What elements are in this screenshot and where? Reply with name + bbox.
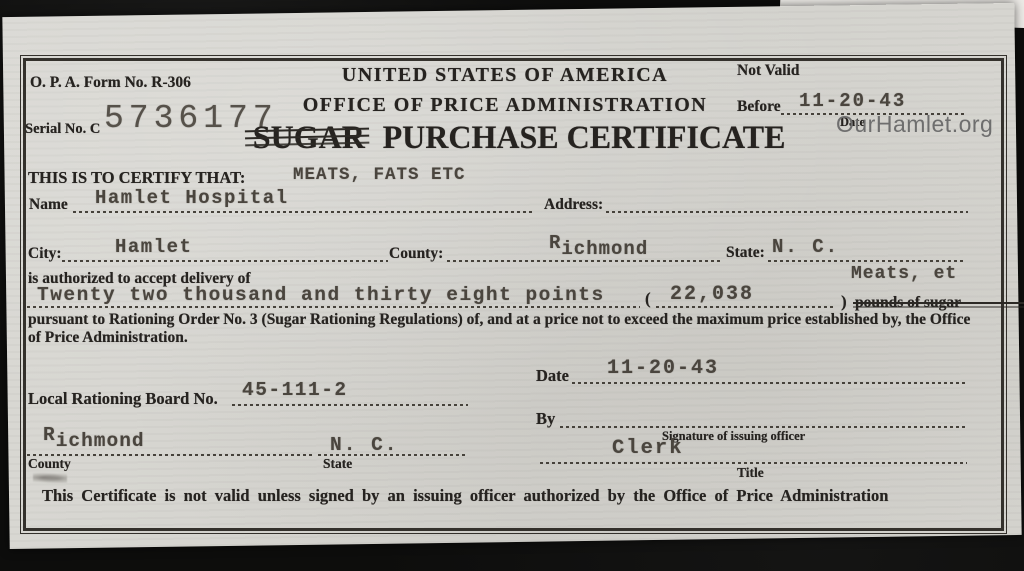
county-line	[447, 260, 723, 262]
issue-county-initial: R	[43, 424, 56, 446]
title-rest: PURCHASE CERTIFICATE	[383, 120, 786, 156]
by-signature-line	[560, 426, 968, 428]
address-line	[606, 211, 968, 213]
state-value: N. C.	[772, 236, 839, 258]
board-line	[232, 404, 468, 406]
name-line	[73, 211, 533, 213]
not-valid-label: Not Valid	[737, 62, 799, 80]
city-label: City:	[28, 245, 62, 263]
watermark: OurHamlet.org	[836, 111, 993, 138]
state-label: State:	[726, 244, 765, 262]
issue-date-label: Date	[536, 366, 569, 386]
certificate-title: SUGAR PURCHASE CERTIFICATE	[253, 120, 757, 157]
amount-number: 22,038	[670, 283, 754, 306]
header-country: UNITED STATES OF AMERICA	[245, 64, 765, 87]
name-label: Name	[29, 196, 68, 214]
issue-date-line	[572, 382, 968, 384]
paren-close: )	[841, 292, 847, 312]
county-label: County:	[389, 245, 443, 263]
issue-state-value: N. C.	[330, 434, 399, 456]
address-label: Address:	[544, 196, 603, 214]
issue-county-caption: County	[28, 456, 71, 472]
city-line	[62, 260, 388, 262]
footer-notice: This Certificate is not valid unless sig…	[42, 486, 888, 506]
certificate: O. P. A. Form No. R-306 Serial No. C 573…	[0, 0, 1024, 571]
pursuant-text: pursuant to Rationing Order No. 3 (Sugar…	[28, 311, 973, 346]
certify-label: THIS IS TO CERTIFY THAT:	[28, 168, 245, 188]
issue-county-rest: ichmond	[56, 430, 145, 452]
header-agency: OFFICE OF PRICE ADMINISTRATION	[245, 94, 765, 117]
issue-title-caption: Title	[737, 465, 764, 481]
ink-smudge	[33, 472, 67, 483]
county-value-rest: ichmond	[561, 238, 648, 260]
title-word-sugar-struck: SUGAR	[253, 120, 365, 157]
paren-open: (	[645, 289, 651, 309]
margin-note-meats: Meats, et	[851, 264, 957, 284]
amount-number-line	[656, 306, 836, 308]
issue-state-caption: State	[323, 456, 352, 472]
name-value: Hamlet Hospital	[95, 187, 289, 209]
county-value: Richmond	[549, 238, 648, 260]
by-label: By	[536, 409, 555, 429]
state-line	[768, 260, 966, 262]
certify-value: MEATS, FATS ETC	[293, 165, 466, 185]
board-value: 45-111-2	[242, 379, 348, 401]
issue-title-line	[540, 462, 967, 464]
before-date-value: 11-20-43	[799, 90, 906, 112]
amount-words-line	[27, 306, 640, 308]
issue-date-value: 11-20-43	[607, 357, 719, 380]
before-label: Before	[737, 98, 781, 116]
county-value-initial: R	[549, 232, 561, 254]
board-label: Local Rationing Board No.	[28, 389, 218, 409]
serial-label: Serial No. C	[25, 121, 100, 138]
amount-words: Twenty two thousand and thirty eight poi…	[37, 284, 605, 306]
city-value: Hamlet	[115, 236, 192, 258]
form-number: O. P. A. Form No. R-306	[30, 74, 191, 92]
issue-title-value: Clerk	[612, 437, 684, 460]
issue-county-value: Richmond	[43, 430, 145, 452]
unit-label-struck: pounds of sugar	[855, 294, 1024, 312]
